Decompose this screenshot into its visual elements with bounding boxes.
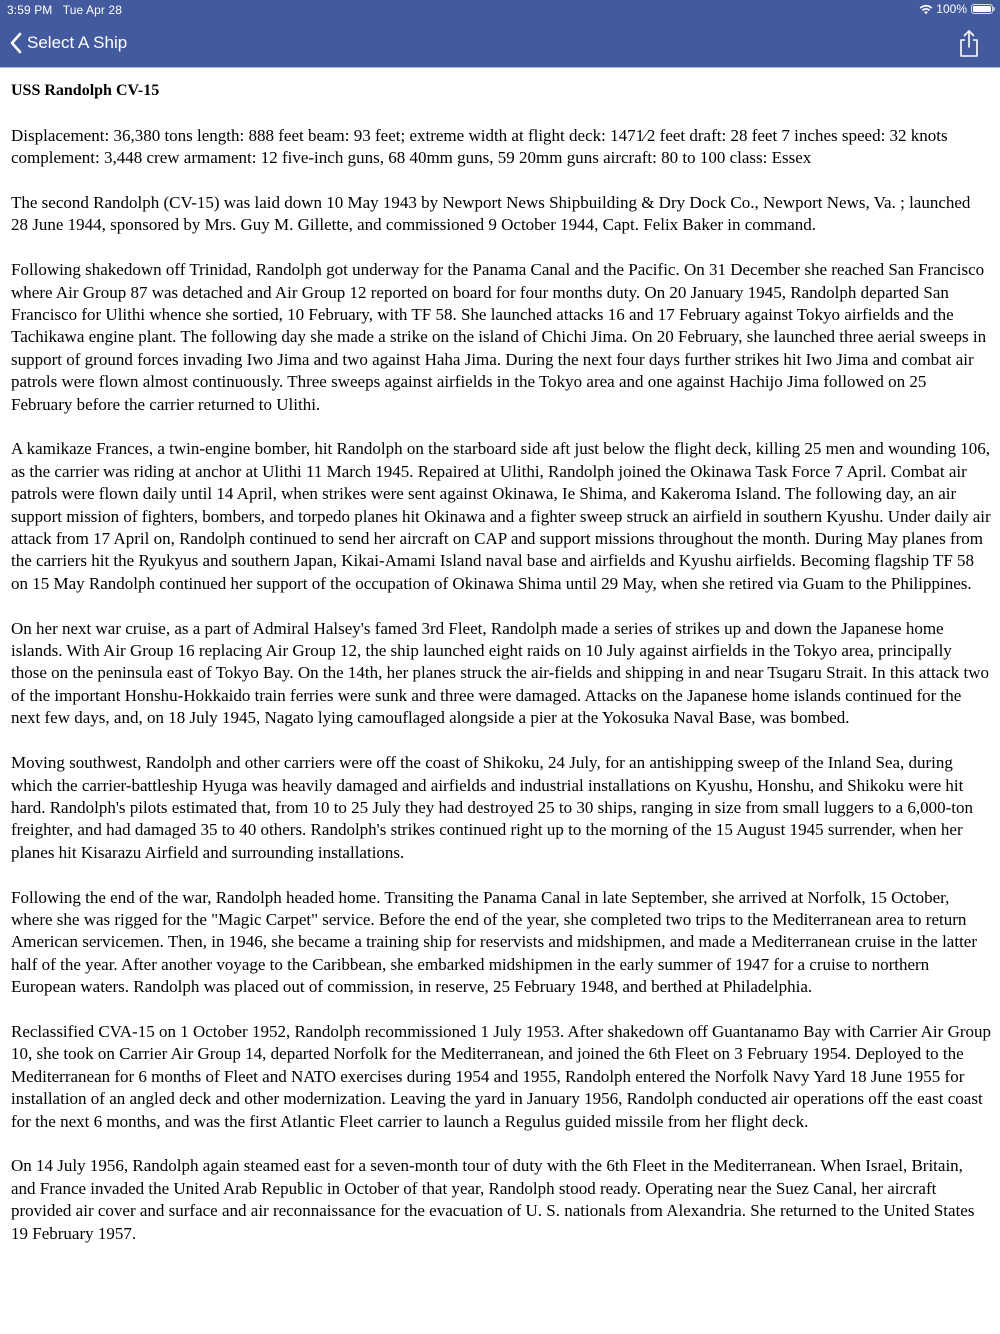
navigation-header: 3:59 PM Tue Apr 28 100% Select A Ship	[0, 0, 1000, 68]
article-paragraph: On her next war cruise, as a part of Adm…	[11, 618, 991, 730]
battery-percent: 100%	[936, 2, 967, 16]
ship-article: USS Randolph CV-15 Displacement: 36,380 …	[11, 80, 991, 1267]
status-time: 3:59 PM Tue Apr 28	[7, 3, 122, 17]
article-paragraph: On 14 July 1956, Randolph again steamed …	[11, 1155, 991, 1245]
article-paragraph: A kamikaze Frances, a twin-engine bomber…	[11, 438, 991, 595]
ship-specifications: Displacement: 36,380 tons length: 888 fe…	[11, 125, 991, 170]
header-divider	[0, 67, 1000, 68]
status-bar: 3:59 PM Tue Apr 28 100%	[0, 0, 1000, 20]
article-paragraph: Following shakedown off Trinidad, Randol…	[11, 259, 991, 416]
article-paragraph: Following the end of the war, Randolph h…	[11, 887, 991, 999]
battery-icon	[971, 4, 993, 14]
back-button-label: Select A Ship	[27, 33, 127, 53]
chevron-left-icon	[10, 32, 22, 54]
article-paragraph: Reclassified CVA-15 on 1 October 1952, R…	[11, 1021, 991, 1133]
article-paragraph: Moving southwest, Randolph and other car…	[11, 752, 991, 864]
status-clock: 3:59 PM	[7, 3, 52, 17]
article-paragraph: The second Randolph (CV-15) was laid dow…	[11, 192, 991, 237]
ship-title: USS Randolph CV-15	[11, 80, 991, 102]
status-indicators: 100%	[919, 2, 993, 16]
back-button[interactable]: Select A Ship	[10, 32, 127, 54]
nav-bar: Select A Ship	[0, 24, 1000, 66]
status-date: Tue Apr 28	[63, 3, 122, 17]
wifi-icon	[919, 3, 933, 15]
share-icon[interactable]	[958, 29, 980, 59]
